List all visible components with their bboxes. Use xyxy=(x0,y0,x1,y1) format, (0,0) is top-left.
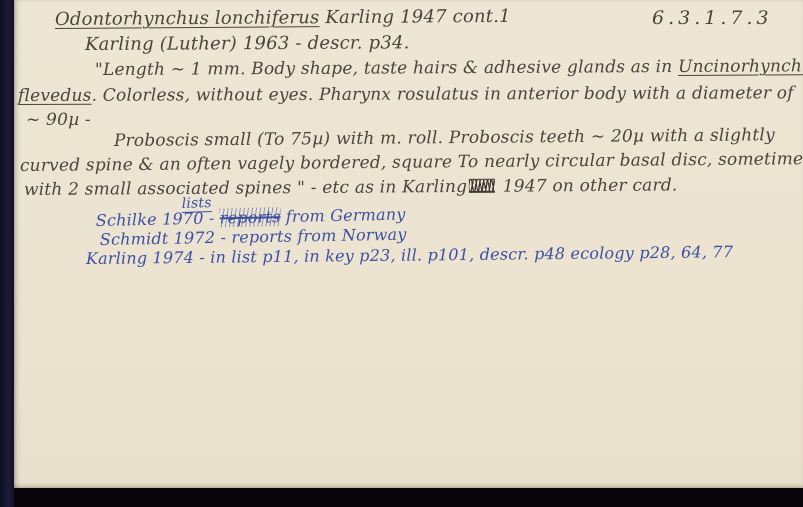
index-card: Odontorhynchus lonchiferus Karling 1947 … xyxy=(14,0,803,488)
catalog-number: 6.3.1.7.3 xyxy=(652,7,773,29)
species-name: Odontorhynchus lonchiferus xyxy=(55,7,320,30)
description-line-1: "Length ~ 1 mm. Body shape, taste hairs … xyxy=(95,56,803,80)
description-text: "Length ~ 1 mm. Body shape, taste hairs … xyxy=(95,57,678,80)
description-line-4: Proboscis small (To 75µ) with m. roll. P… xyxy=(114,125,775,151)
card-title-line: Odontorhynchus lonchiferus Karling 1947 … xyxy=(55,6,511,30)
reference-1963-line: Karling (Luther) 1963 - descr. p34. xyxy=(85,32,410,55)
description-text: with 2 small associated spines " - etc a… xyxy=(24,177,467,200)
title-author-year: Karling 1947 cont.1 xyxy=(319,6,510,28)
species-name-uncinorhynchus: Uncinorhynchus xyxy=(678,56,803,77)
description-line-6: with 2 small associated spines " - etc a… xyxy=(24,175,678,200)
note-text: Schilke 1970 - xyxy=(96,208,220,230)
description-line-2: flevedus. Colorless, without eyes. Phary… xyxy=(18,83,794,106)
scan-left-border xyxy=(0,0,14,507)
scribbled-out-word xyxy=(469,179,495,193)
description-line-3: ~ 90µ - xyxy=(26,110,91,130)
struck-word: reports xyxy=(220,207,281,227)
species-epithet-flevedus: flevedus xyxy=(18,86,92,106)
description-text: 1947 on other card. xyxy=(497,175,677,196)
description-text: . Colorless, without eyes. Pharynx rosul… xyxy=(92,83,794,105)
description-line-5: curved spine & an often vagely bordered,… xyxy=(20,149,803,176)
note-text: from Germany xyxy=(280,205,405,227)
